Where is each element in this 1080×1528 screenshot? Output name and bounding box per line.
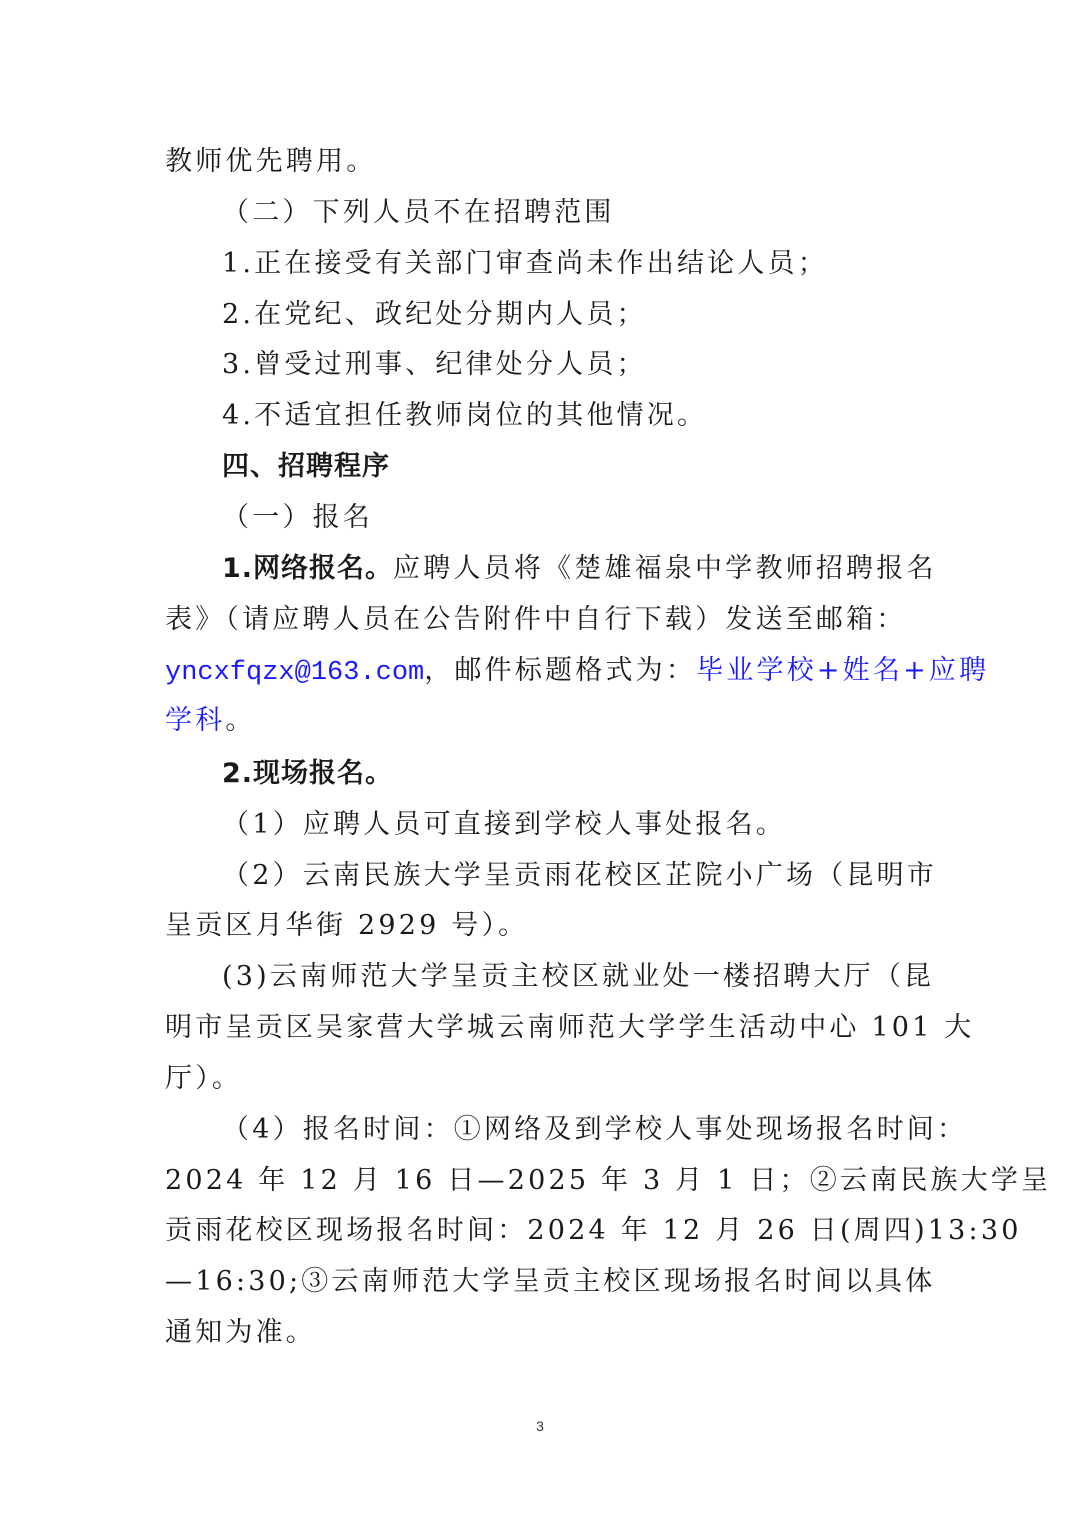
subject-format-text: 毕业学校+姓名+应聘	[696, 655, 989, 686]
paragraph-line: 呈贡区月华街 2929 号）。	[165, 908, 917, 944]
paragraph-line: 明市呈贡区吴家营大学城云南师范大学学生活动中心 101 大	[165, 1010, 917, 1046]
paragraph-line: yncxfqzx@163.com，邮件标题格式为：毕业学校+姓名+应聘	[165, 653, 917, 691]
subject-format-text: 学科	[165, 705, 225, 736]
paragraph-line: 表》（请应聘人员在公告附件中自行下载）发送至邮箱：	[165, 602, 917, 638]
section-heading: 四、招聘程序	[222, 449, 974, 485]
list-item: 4.不适宜担任教师岗位的其他情况。	[222, 398, 974, 434]
online-registration-title: 1.网络报名。	[222, 553, 393, 584]
email-link[interactable]: yncxfqzx@163.com	[165, 658, 424, 688]
list-item: 2.在党纪、政纪处分期内人员；	[222, 297, 974, 333]
list-item: 3.曾受过刑事、纪律处分人员；	[222, 347, 974, 383]
page-number: 3	[0, 1418, 1080, 1434]
paragraph-line: （1）应聘人员可直接到学校人事处报名。	[222, 807, 974, 843]
paragraph-line: （4）报名时间：①网络及到学校人事处现场报名时间：	[222, 1112, 974, 1148]
list-item: 1.正在接受有关部门审查尚未作出结论人员；	[222, 246, 974, 282]
paragraph-text: 应聘人员将《楚雄福泉中学教师招聘报名	[393, 553, 937, 584]
paragraph-line: （2）云南民族大学呈贡雨花校区芷院小广场（昆明市	[222, 858, 974, 894]
paragraph-line: 厅）。	[165, 1061, 917, 1097]
paragraph-line: (3)云南师范大学呈贡主校区就业处一楼招聘大厅（昆	[222, 959, 974, 995]
paragraph-line: 2024 年 12 月 16 日—2025 年 3 月 1 日；②云南民族大学呈	[165, 1163, 917, 1199]
paragraph-line: 1.网络报名。应聘人员将《楚雄福泉中学教师招聘报名	[222, 551, 917, 587]
paragraph-line: 教师优先聘用。	[165, 144, 917, 180]
paragraph-line: 学科。	[165, 703, 917, 739]
onsite-registration-title: 2.现场报名。	[222, 756, 974, 792]
subsection-heading: （一）报名	[222, 500, 974, 536]
paragraph-text: ，邮件标题格式为：	[424, 655, 696, 686]
paragraph-line: 通知为准。	[165, 1315, 917, 1351]
paragraph-line: 贡雨花校区现场报名时间：2024 年 12 月 26 日(周四)13:30	[165, 1213, 917, 1249]
paragraph-text: 。	[225, 705, 255, 736]
subsection-heading: （二）下列人员不在招聘范围	[222, 195, 974, 231]
paragraph-line: —16:30;③云南师范大学呈贡主校区现场报名时间以具体	[165, 1264, 917, 1300]
document-page: 教师优先聘用。 （二）下列人员不在招聘范围 1.正在接受有关部门审查尚未作出结论…	[0, 0, 1080, 1528]
